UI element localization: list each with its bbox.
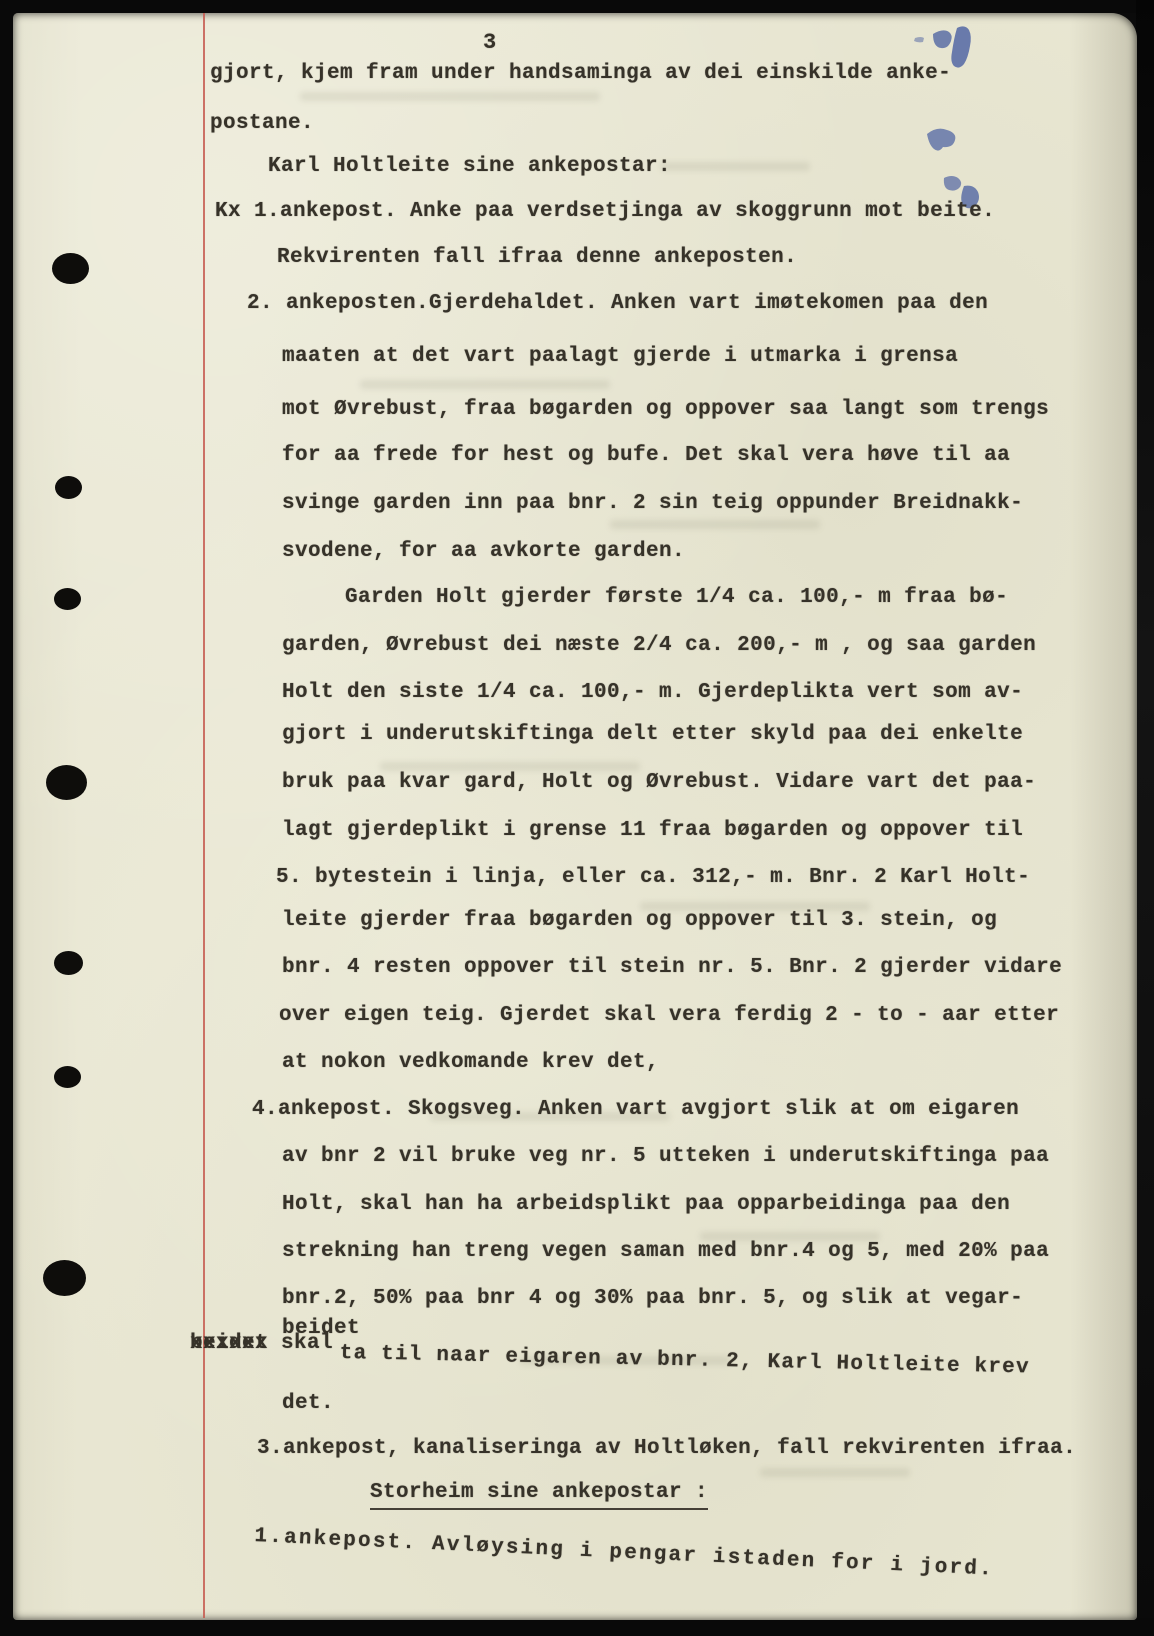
scan-edge-left: [0, 0, 13, 1636]
blue-ink-smudge: [915, 122, 975, 162]
bleed-through-mark: [760, 1468, 910, 1477]
bleed-through-mark: [360, 380, 610, 389]
typed-line: Holt den siste 1/4 ca. 100,- m. Gjerdepl…: [282, 681, 1023, 705]
typed-line: 2. ankeposten.Gjerdehaldet. Anken vart i…: [247, 292, 988, 316]
punch-hole: [52, 253, 89, 284]
punch-hole: [54, 951, 83, 975]
punch-hole: [54, 588, 81, 610]
typed-line: svodene, for aa avkorte garden.: [282, 540, 685, 564]
typed-line: over eigen teig. Gjerdet skal vera ferdi…: [279, 1004, 1059, 1028]
punch-hole: [55, 476, 82, 499]
section-heading: Karl Holtleite sine ankepostar:: [268, 155, 671, 179]
punch-hole: [54, 1066, 81, 1088]
typed-line: bnr.2, 50% paa bnr 4 og 30% paa bnr. 5, …: [282, 1287, 1023, 1311]
typed-line: gjort, kjem fram under handsaminga av de…: [210, 62, 951, 86]
scan-edge-bottom: [0, 1618, 1154, 1636]
typed-line: 3.ankepost, kanaliseringa av Holtløken, …: [257, 1437, 1076, 1461]
bleed-through-mark: [610, 520, 820, 529]
typed-line: Rekvirenten fall ifraa denne ankeposten.: [277, 246, 797, 270]
scan-edge-top: [0, 0, 1154, 13]
scanned-document: { "doc": { "page_number": "3", "lines": …: [0, 0, 1154, 1636]
typed-line: 5. bytestein i linja, eller ca. 312,- m.…: [276, 866, 1030, 890]
typed-line: det.: [282, 1392, 334, 1416]
red-margin-rule: [203, 13, 205, 1618]
typed-line: lagt gjerdeplikt i grense 11 fraa bøgard…: [282, 819, 1023, 843]
typed-line: Garden Holt gjerder første 1/4 ca. 100,-…: [345, 586, 1008, 610]
typed-line: leite gjerder fraa bøgarden og oppover t…: [282, 909, 997, 933]
typed-line: maaten at det vart paalagt gjerde i utma…: [282, 345, 958, 369]
typed-line: 4.ankepost. Skogsveg. Anken vart avgjort…: [252, 1098, 1019, 1122]
typed-line: at nokon vedkomande krev det,: [282, 1051, 659, 1075]
typed-line: Kx 1.ankepost. Anke paa verdsetjinga av …: [215, 200, 995, 224]
typed-line: bruk paa kvar gard, Holt og Øvrebust. Vi…: [282, 771, 1036, 795]
margin-correction: beidetxxxxxx skal: [190, 1332, 333, 1356]
punch-hole: [43, 1260, 86, 1296]
typed-line: postane.: [210, 112, 314, 136]
typed-line: bnr. 4 resten oppover til stein nr. 5. B…: [282, 956, 1062, 980]
bleed-through-mark: [660, 162, 810, 171]
scan-edge-right: [1136, 0, 1154, 1636]
underlined-heading: Storheim sine ankepostar :: [370, 1481, 708, 1510]
typed-line: mot Øvrebust, fraa bøgarden og oppover s…: [282, 398, 1049, 422]
typed-line: svinge garden inn paa bnr. 2 sin teig op…: [282, 492, 1023, 516]
typed-line: strekning han treng vegen saman med bnr.…: [282, 1240, 1049, 1264]
bleed-through-mark: [300, 92, 600, 101]
typed-line: Holt, skal han ha arbeidsplikt paa oppar…: [282, 1193, 1010, 1217]
typed-line: av bnr 2 vil bruke veg nr. 5 utteken i u…: [282, 1145, 1049, 1169]
page-number: 3: [483, 30, 497, 55]
punch-hole: [46, 765, 87, 800]
bleed-through-mark: [380, 762, 640, 771]
typed-line: garden, Øvrebust dei næste 2/4 ca. 200,-…: [282, 634, 1036, 658]
overtyped-word: beidetxxxxxx: [190, 1332, 268, 1356]
typed-line: gjort i underutskiftinga delt etter skyl…: [282, 723, 1023, 747]
typed-line: for aa frede for hest og bufe. Det skal …: [282, 444, 1010, 468]
